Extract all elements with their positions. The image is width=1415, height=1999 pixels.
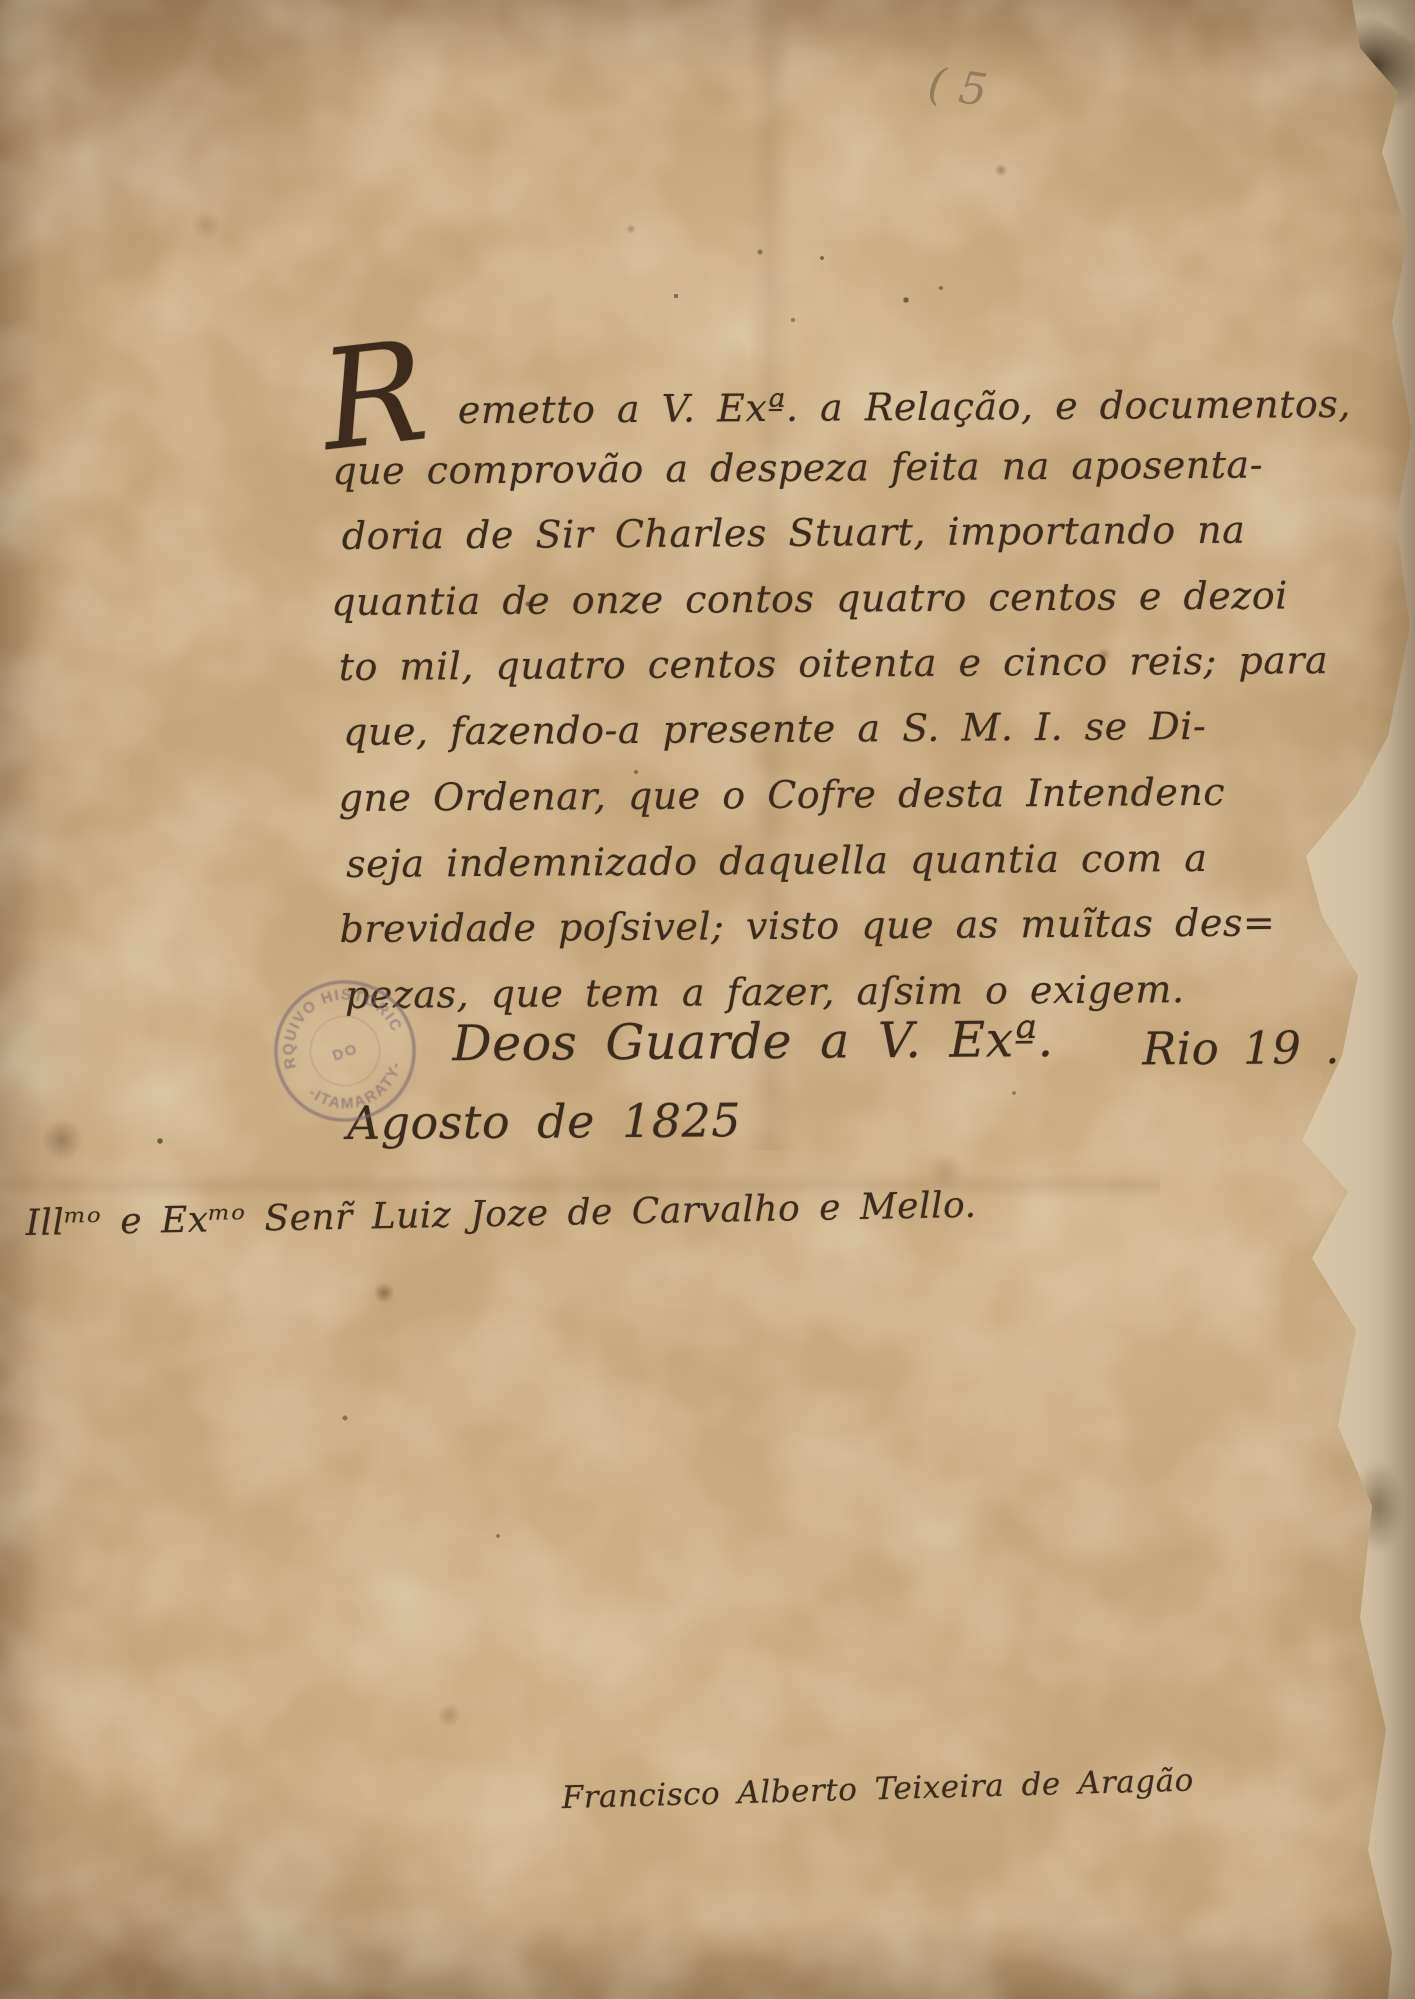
signature: Francisco Alberto Teixeira de Aragão: [561, 1765, 1194, 1814]
letter-line: doria de Sir Charles Stuart, importando …: [342, 511, 1246, 555]
letter-line: emetto a V. Exª. a Relação, e documentos…: [458, 385, 1351, 429]
stamp-center-text: DO: [331, 1041, 361, 1065]
letter-line: seja indemnizado daquella quantia com a: [346, 839, 1208, 883]
letter-line: quantia de onze contos quatro centos e d…: [331, 576, 1288, 621]
letter-body: R emetto a V. Exª. a Relação, e document…: [0, 0, 1415, 1999]
addressee-line: Illᵐᵒ e Exᵐᵒ Senr̃ Luiz Joze de Carvalho…: [25, 1188, 977, 1242]
letter-line: pezas, que tem a fazer, aſsim o exigem.: [345, 970, 1185, 1014]
manuscript-page: ( 5 R emetto a V. Exª. a Relação, e docu…: [0, 0, 1415, 1999]
letter-line: gne Ordenar, que o Cofre desta Intendenc: [339, 773, 1226, 817]
letter-line: que, fazendo-a presente a S. M. I. se Di…: [343, 707, 1206, 751]
letter-line: que comprovão a despeza feita na aposent…: [332, 446, 1263, 490]
closing-salutation: Deos Guarde a V. Exª.: [452, 1015, 1054, 1068]
letter-line: to mil, quatro centos oitenta e cinco re…: [339, 641, 1329, 686]
place-and-day: Rio 19 .: [1142, 1025, 1340, 1071]
letter-line: brevidade poſsivel; visto que as muĩtas …: [339, 903, 1275, 948]
